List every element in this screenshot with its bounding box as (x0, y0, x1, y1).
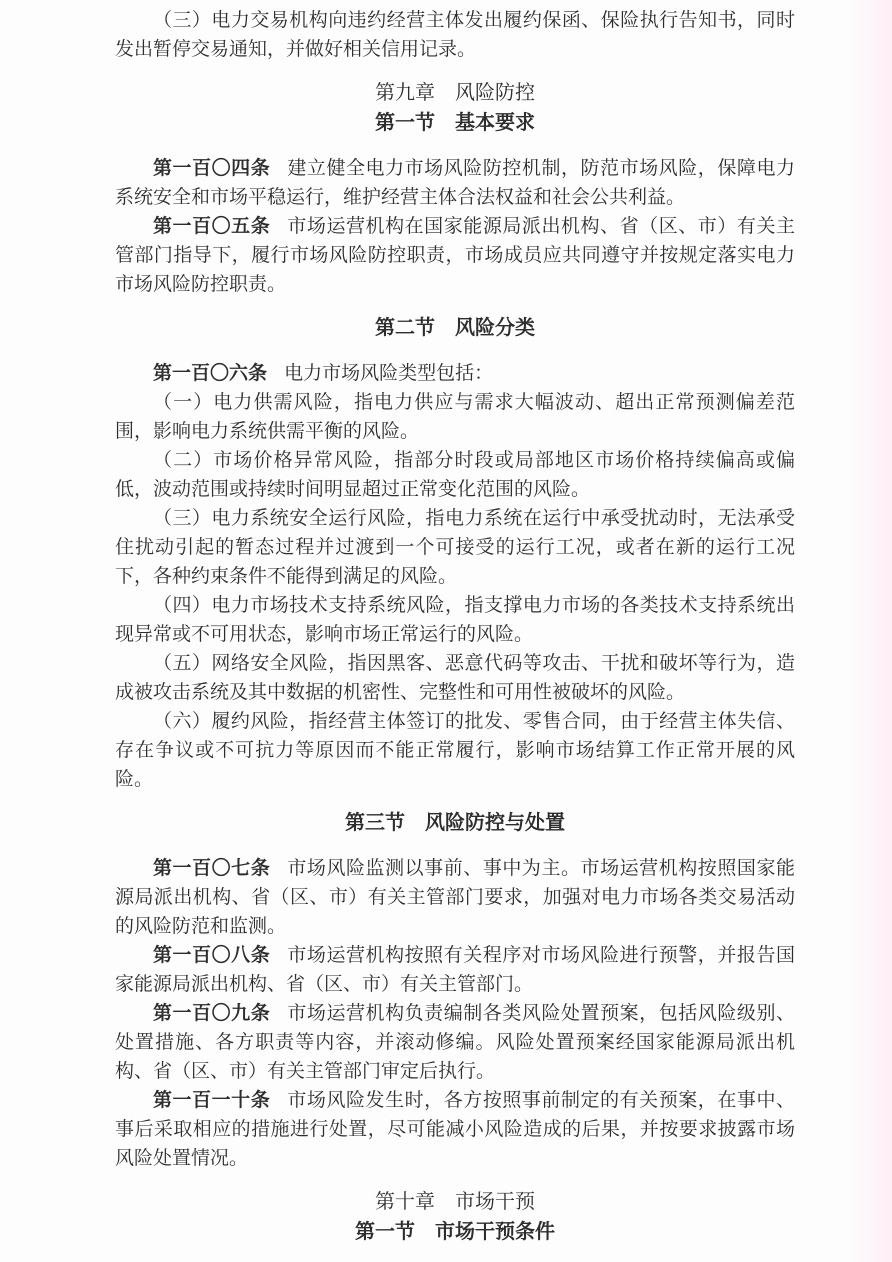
section-heading: 第一节 市场干预条件 (115, 1217, 795, 1247)
article-number: 第一百〇六条 (153, 363, 267, 384)
paragraph-text: （一）电力供需风险，指电力供应与需求大幅波动、超出正常预测偏差范围，影响电力系统… (115, 392, 795, 442)
article-number: 第一百〇七条 (153, 858, 270, 879)
article-number: 第一百一十条 (153, 1090, 270, 1111)
article-number: 第一百〇四条 (153, 158, 270, 179)
list-item-paragraph: （二）市场价格异常风险，指部分时段或局部地区市场价格持续偏高或偏低，波动范围或持… (115, 446, 795, 504)
paragraph: 第一百一十条市场风险发生时，各方按照事前制定的有关预案，在事中、事后采取相应的措… (115, 1086, 795, 1173)
article-number: 第一百〇九条 (153, 1003, 270, 1024)
paragraph-text: （三）电力交易机构向违约经营主体发出履约保函、保险执行告知书，同时发出暂停交易通… (115, 10, 795, 60)
paragraph: 第一百〇六条电力市场风险类型包括： (115, 359, 795, 388)
paragraph-text: （五）网络安全风险，指因黑客、恶意代码等攻击、干扰和破坏等行为，造成被攻击系统及… (115, 653, 795, 703)
list-item-paragraph: （三）电力系统安全运行风险，指电力系统在运行中承受扰动时，无法承受住扰动引起的暂… (115, 504, 795, 591)
scan-edge-tint (846, 0, 892, 1262)
paragraph: 第一百〇五条市场运营机构在国家能源局派出机构、省（区、市）有关主管部门指导下，履… (115, 212, 795, 299)
document-page: （三）电力交易机构向违约经营主体发出履约保函、保险执行告知书，同时发出暂停交易通… (0, 0, 892, 1262)
paragraph: 第一百〇七条市场风险监测以事前、事中为主。市场运营机构按照国家能源局派出机构、省… (115, 854, 795, 941)
section-heading: 第二节 风险分类 (115, 313, 795, 343)
paragraph-text: （四）电力市场技术支持系统风险，指支撑电力市场的各类技术支持系统出现异常或不可用… (115, 595, 795, 645)
chapter-heading: 第九章 风险防控 (115, 78, 795, 108)
list-item-paragraph: （六）履约风险，指经营主体签订的批发、零售合同，由于经营主体失信、存在争议或不可… (115, 707, 795, 794)
article-number: 第一百〇八条 (153, 945, 270, 966)
paragraph-text: 电力市场风险类型包括： (284, 363, 493, 384)
list-item-paragraph: （一）电力供需风险，指电力供应与需求大幅波动、超出正常预测偏差范围，影响电力系统… (115, 388, 795, 446)
paragraph-text: （六）履约风险，指经营主体签订的批发、零售合同，由于经营主体失信、存在争议或不可… (115, 711, 795, 790)
article-number: 第一百〇五条 (153, 216, 270, 237)
section-heading: 第三节 风险防控与处置 (115, 808, 795, 838)
section-heading: 第一节 基本要求 (115, 108, 795, 138)
list-item-paragraph: （四）电力市场技术支持系统风险，指支撑电力市场的各类技术支持系统出现异常或不可用… (115, 591, 795, 649)
paragraph: 第一百〇九条市场运营机构负责编制各类风险处置预案，包括风险级别、处置措施、各方职… (115, 999, 795, 1086)
paragraph: 第一百〇八条市场运营机构按照有关程序对市场风险进行预警，并报告国家能源局派出机构… (115, 941, 795, 999)
paragraph-text: （三）电力系统安全运行风险，指电力系统在运行中承受扰动时，无法承受住扰动引起的暂… (115, 508, 795, 587)
chapter-heading: 第十章 市场干预 (115, 1187, 795, 1217)
list-item-paragraph: （五）网络安全风险，指因黑客、恶意代码等攻击、干扰和破坏等行为，造成被攻击系统及… (115, 649, 795, 707)
paragraph: 第一百〇四条建立健全电力市场风险防控机制，防范市场风险，保障电力系统安全和市场平… (115, 154, 795, 212)
paragraph: （三）电力交易机构向违约经营主体发出履约保函、保险执行告知书，同时发出暂停交易通… (115, 6, 795, 64)
paragraph-text: （二）市场价格异常风险，指部分时段或局部地区市场价格持续偏高或偏低，波动范围或持… (115, 450, 795, 500)
